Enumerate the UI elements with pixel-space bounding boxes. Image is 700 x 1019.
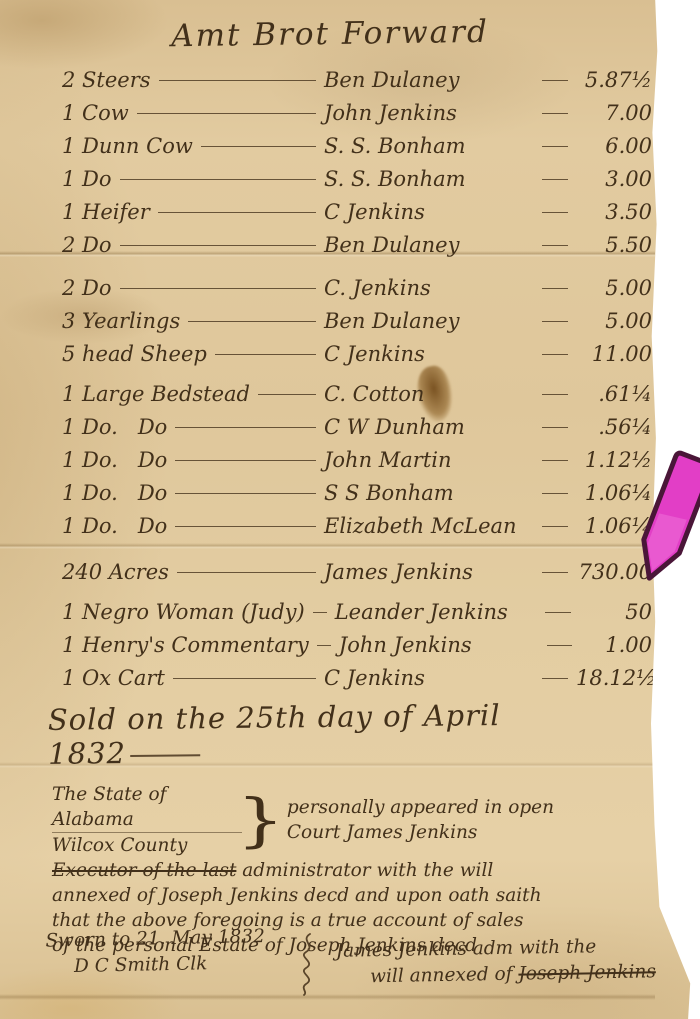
dash-separator	[545, 612, 570, 613]
sale-amount: 5.87½	[576, 68, 652, 92]
item-description: 1 Cow	[62, 101, 129, 125]
purchaser-name: John Martin	[324, 448, 542, 472]
dash-separator	[542, 427, 568, 428]
appearance-line-2: Court James Jenkins	[287, 820, 632, 845]
dash-leader	[317, 645, 331, 646]
item-description: 2 Do	[62, 276, 112, 300]
sale-amount: 50	[579, 600, 652, 624]
flourish-line	[130, 754, 200, 757]
dash-leader	[120, 179, 316, 180]
ledger-row: 1 Do. Do John Martin 1.12½	[62, 448, 652, 481]
appearance-line-1: personally appeared in open	[287, 795, 632, 820]
ledger-row: 240 Acres James Jenkins 730.00	[62, 560, 652, 593]
purchaser-name: C. Jenkins	[324, 276, 542, 300]
dash-separator	[542, 80, 568, 81]
ledger-row: 3 Yearlings Ben Dulaney 5.00	[62, 309, 652, 342]
purchaser-name: S. S. Bonham	[324, 167, 542, 191]
purchaser-name: C Jenkins	[324, 666, 542, 690]
purchaser-name: S. S. Bonham	[324, 134, 542, 158]
sold-date-text: Sold on the 25th day of April 1832	[48, 698, 501, 771]
dash-separator	[542, 678, 568, 679]
flourish-squiggle-icon	[296, 926, 336, 1004]
clerk-attestation: Sworn to 21. May 1832 D C Smith Clk	[45, 923, 297, 1006]
sale-amount: 6.00	[576, 134, 652, 158]
ledger-row: 1 Large Bedstead C. Cotton .61¼	[62, 382, 652, 415]
dash-separator	[542, 179, 568, 180]
ledger-row: 1 Do. Do C W Dunham .56¼	[62, 415, 652, 448]
ledger-row: 1 Do S. S. Bonham 3.00	[62, 167, 652, 200]
purchaser-name: C Jenkins	[324, 342, 542, 366]
purchaser-name: Ben Dulaney	[324, 309, 542, 333]
sale-amount: 3.00	[576, 167, 652, 191]
purchaser-name: Ben Dulaney	[324, 68, 542, 92]
item-description: 5 head Sheep	[62, 342, 207, 366]
purchaser-name: C W Dunham	[324, 415, 542, 439]
dash-separator	[542, 146, 568, 147]
affidavit-line-4: annexed of Joseph Jenkins decd and upon …	[52, 883, 632, 908]
dash-separator	[542, 394, 568, 395]
affidavit-header: The State of Alabama Wilcox County } per…	[52, 782, 632, 858]
sale-amount: 3.50	[576, 200, 652, 224]
ledger-row: 1 Do. Do S S Bonham 1.06¼	[62, 481, 652, 514]
sale-amount: 7.00	[576, 101, 652, 125]
ledger-row: 1 Do. Do Elizabeth McLean 1.06¼	[62, 514, 652, 547]
item-description: 1 Heifer	[62, 200, 150, 224]
item-description: 1 Do. Do	[62, 481, 167, 505]
item-description: 1 Dunn Cow	[62, 134, 193, 158]
page-title: Amt Brot Forward	[120, 13, 540, 55]
dash-leader	[175, 427, 316, 428]
ledger-page: Amt Brot Forward 2 Steers Ben Dulaney 5.…	[0, 0, 700, 1019]
sold-date-line: Sold on the 25th day of April 1832	[48, 697, 589, 771]
item-description: 1 Henry's Commentary	[62, 633, 309, 657]
ledger-row: 1 Cow John Jenkins 7.00	[62, 101, 652, 134]
dash-leader	[175, 526, 316, 527]
affidavit-line-3: Executor of the last administrator with …	[52, 858, 632, 883]
item-description: 1 Negro Woman (Judy)	[62, 600, 305, 624]
item-description: 1 Do. Do	[62, 448, 167, 472]
dash-separator	[542, 460, 568, 461]
dash-separator	[542, 354, 568, 355]
sale-amount: 5.50	[576, 233, 652, 257]
ledger-row: 1 Ox Cart C Jenkins 18.12½	[62, 666, 652, 699]
affidavit-line-3-rest: administrator with the will	[236, 860, 493, 881]
item-description: 1 Ox Cart	[62, 666, 165, 690]
ledger-row: 2 Do Ben Dulaney 5.50	[62, 233, 652, 266]
dash-separator	[542, 526, 568, 527]
item-description: 240 Acres	[62, 560, 169, 584]
dash-leader	[177, 572, 316, 573]
struck-text: Executor of the last	[52, 860, 236, 881]
purchaser-name: Leander Jenkins	[335, 600, 546, 624]
item-description: 1 Do	[62, 167, 112, 191]
sale-amount: 11.00	[576, 342, 652, 366]
ledger-row: 1 Negro Woman (Judy) Leander Jenkins 50	[62, 600, 652, 633]
purchaser-name: S S Bonham	[324, 481, 542, 505]
purchaser-name: John Jenkins	[339, 633, 547, 657]
item-description: 2 Steers	[62, 68, 151, 92]
dash-separator	[542, 212, 568, 213]
sale-amount: .61¼	[576, 382, 652, 406]
ledger-row: 1 Henry's Commentary John Jenkins 1.00	[62, 633, 652, 666]
item-description: 1 Large Bedstead	[62, 382, 250, 406]
purchaser-name: James Jenkins	[324, 560, 542, 584]
sale-amount: 5.00	[576, 276, 652, 300]
dash-separator	[542, 113, 568, 114]
sale-amount: 5.00	[576, 309, 652, 333]
dash-leader	[258, 394, 316, 395]
brace-glyph: }	[236, 808, 284, 833]
state-line: The State of Alabama	[52, 782, 242, 833]
ledger-row: 2 Do C. Jenkins 5.00	[62, 276, 652, 309]
purchaser-name: John Jenkins	[324, 101, 542, 125]
ledger-row: 5 head Sheep C Jenkins 11.00	[62, 342, 652, 375]
executor-signature: James Jenkins adm with the will annexed …	[335, 923, 658, 1007]
dash-separator	[547, 645, 572, 646]
clerk-signature: D C Smith Clk	[46, 949, 296, 980]
dash-leader	[175, 460, 316, 461]
purchaser-name: C. Cotton	[324, 382, 542, 406]
sale-amount: 1.00	[580, 633, 652, 657]
item-description: 3 Yearlings	[62, 309, 180, 333]
pink-arrow-marker	[636, 448, 700, 590]
scan-background: Amt Brot Forward 2 Steers Ben Dulaney 5.…	[0, 0, 700, 1019]
sale-ledger: 2 Steers Ben Dulaney 5.87½ 1 Cow John Je…	[62, 68, 652, 699]
sale-amount: 18.12½	[576, 666, 652, 690]
dash-separator	[542, 245, 568, 246]
sale-amount: .56¼	[576, 415, 652, 439]
ledger-row: 2 Steers Ben Dulaney 5.87½	[62, 68, 652, 101]
appearance-lines: personally appeared in open Court James …	[287, 795, 632, 845]
purchaser-name: Ben Dulaney	[324, 233, 542, 257]
dash-leader	[201, 146, 316, 147]
dash-leader	[158, 212, 316, 213]
item-description: 1 Do. Do	[62, 514, 167, 538]
dash-leader	[137, 113, 316, 114]
dash-separator	[542, 321, 568, 322]
purchaser-name: C Jenkins	[324, 200, 542, 224]
dash-separator	[542, 288, 568, 289]
dash-leader	[120, 245, 316, 246]
dash-separator	[542, 493, 568, 494]
item-description: 2 Do	[62, 233, 112, 257]
purchaser-name: Elizabeth McLean	[324, 514, 542, 538]
dash-leader	[173, 678, 316, 679]
signature-line-2: will annexed of Joseph Jenkins	[336, 959, 658, 991]
dash-leader	[159, 80, 316, 81]
ledger-row: 1 Dunn Cow S. S. Bonham 6.00	[62, 134, 652, 167]
dash-leader	[175, 493, 316, 494]
dash-leader	[215, 354, 316, 355]
attestation-block: Sworn to 21. May 1832 D C Smith Clk Jame…	[46, 926, 658, 1004]
dash-leader	[120, 288, 316, 289]
signature-line-2-prefix: will annexed of	[370, 964, 519, 988]
signature-line-2-struck: Joseph Jenkins	[518, 961, 656, 984]
dash-leader	[313, 612, 327, 613]
dash-leader	[188, 321, 316, 322]
item-description: 1 Do. Do	[62, 415, 167, 439]
jurisdiction-lines: The State of Alabama Wilcox County	[52, 782, 242, 858]
ledger-row: 1 Heifer C Jenkins 3.50	[62, 200, 652, 233]
county-line: Wilcox County	[52, 833, 242, 858]
dash-separator	[542, 572, 568, 573]
sworn-line: Sworn to 21. May 1832	[45, 923, 295, 954]
